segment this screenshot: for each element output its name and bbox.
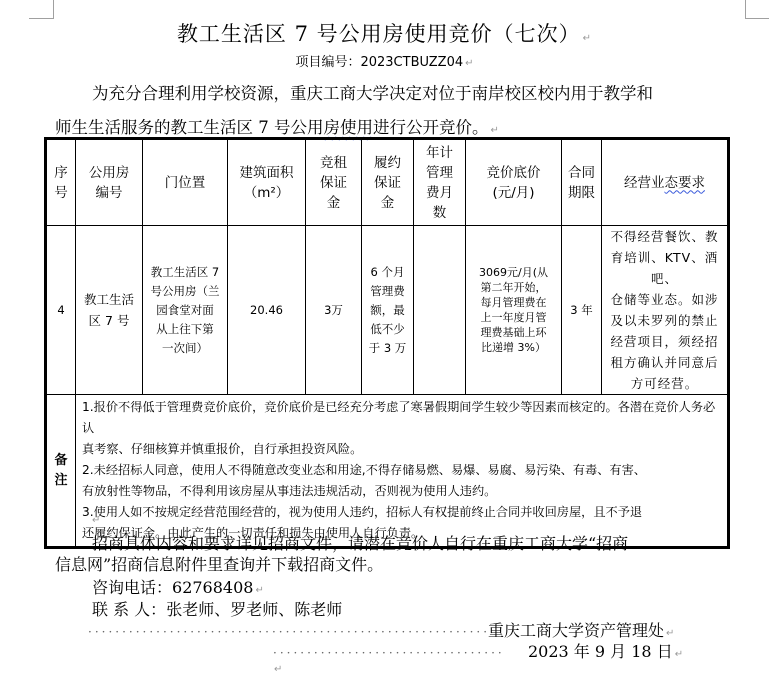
note-line: 1.报价不得低于管理费竞价底价，竞价底价是已经充分考虑了寒暑假期间学生较少等因素…	[82, 397, 721, 439]
page-corner-mark-left	[29, 0, 54, 19]
phone-label: 咨询电话：	[92, 578, 172, 597]
project-number: 项目编号：2023CTBUZZ04↵	[0, 51, 769, 70]
paragraph-mark-icon: ↵	[491, 125, 499, 136]
phone-line: 咨询电话：62768408↵	[92, 575, 264, 598]
cell-business-requirements: 不得经营餐饮、教育培训、KTV、酒吧、仓储等业态。如涉及以未罗列的禁止经营项目，…	[602, 226, 729, 395]
header-business-requirements: 经营业态要求	[602, 139, 729, 226]
signature-date-line: ··································2023 年…	[273, 639, 683, 662]
cell-management-months	[414, 226, 466, 395]
note-line: 3.使用人如不按规定经营范围经营的，视为使用人违约，招标人有权提前终止合同并收回…	[82, 502, 721, 523]
paragraph-mark-icon: ↵	[255, 585, 263, 596]
paragraph-mark-icon: ↵	[666, 628, 674, 639]
notes-body: 1.报价不得低于管理费竞价底价，竞价底价是已经充分考虑了寒暑假期间学生较少等因素…	[76, 395, 729, 548]
header-performance-deposit: 履约保证金	[362, 139, 414, 226]
cell-location: 教工生活区 7号公用房（兰园食堂对面从上往下第一次间）	[143, 226, 228, 395]
header-location: 门位置	[143, 139, 228, 226]
cell-reserve-price: 3069元/月(从第二年开始，每月管理费在上一年度月管理费基础上环比递增 3%）	[466, 226, 562, 395]
note-line: 2.未经招标人同意，使用人不得随意改变业态和用途,不得存储易燃、易爆、易腐、易污…	[82, 460, 721, 481]
cell-room-code: 教工生活区 7 号	[76, 226, 143, 395]
contact-label: 联 系 人：	[92, 600, 166, 619]
note-line: 真考察、仔细核算并慎重报价，自行承担投资风险。	[82, 439, 721, 460]
header-area: 建筑面积（m²）	[228, 139, 306, 226]
paragraph-mark-icon: ↵	[465, 58, 473, 69]
intro-text: 进行公开竞价。	[373, 118, 489, 137]
issuing-organization: 重庆工商大学资产管理处	[488, 621, 664, 640]
cell-performance-deposit: 6 个月管理费额，最低不少于 3 万	[362, 226, 414, 395]
info-paragraph-line2: 信息网”招商信息附件里查询并下载招商文件。	[55, 552, 383, 575]
notes-label: 备注	[46, 395, 76, 548]
cell-contract-term: 3 年	[562, 226, 602, 395]
header-contract-term: 合同期限	[562, 139, 602, 226]
table-header-row: 序号 公用房编号 门位置 建筑面积（m²） 竞租保证金 履约保证金 年计管理费月…	[46, 139, 729, 226]
header-bid-deposit: 竞租保证金	[306, 139, 362, 226]
header-seq: 序号	[46, 139, 76, 226]
cell-area: 20.46	[228, 226, 306, 395]
intro-paragraph-line1: 为充分合理利用学校资源，重庆工商大学决定对位于南岸校区校内用于教学和	[92, 80, 653, 104]
intro-text: 师生生活服务的教工生活区 7 号公用	[55, 118, 324, 137]
header-management-months: 年计管理费月数	[414, 139, 466, 226]
paragraph-mark-icon: ↵	[274, 664, 282, 675]
paragraph-mark-icon: ↵	[92, 515, 100, 526]
document-title: 教工生活区 7 号公用房使用竞价（七次）↵	[0, 18, 769, 48]
leader-dots: ··································	[273, 646, 528, 660]
contact-line: 联 系 人：张老师、罗老师、陈老师	[92, 597, 342, 620]
header-reserve-price: 竞价底价(元/月)	[466, 139, 562, 226]
bidding-table: 序号 公用房编号 门位置 建筑面积（m²） 竞租保证金 履约保证金 年计管理费月…	[44, 137, 730, 549]
signature-org-line: ········································…	[88, 618, 674, 641]
page-corner-mark-right	[745, 0, 769, 19]
title-text: 教工生活区 7 号公用房使用竞价（七次）	[177, 22, 581, 46]
cell-bid-deposit: 3万	[306, 226, 362, 395]
header-room-code: 公用房编号	[76, 139, 143, 226]
note-line: 有放射性等物品，不得利用该房屋从事违法违规活动，否则视为使用人违约。	[82, 481, 721, 502]
leader-dots: ········································…	[88, 625, 488, 639]
paragraph-mark-icon: ↵	[675, 649, 683, 660]
phone-number: 62768408	[172, 578, 253, 597]
contact-names: 张老师、罗老师、陈老师	[166, 600, 342, 619]
project-number-value: 2023CTBUZZ04	[360, 55, 463, 70]
intro-paragraph-line2: 师生生活服务的教工生活区 7 号公用房使用进行公开竞价。↵	[55, 114, 499, 138]
info-paragraph-line1: 招商具体内容和要求详见招商文件，请潜在竞价人自行在重庆工商大学“招商	[92, 531, 628, 554]
table-row: 4 教工生活区 7 号 教工生活区 7号公用房（兰园食堂对面从上往下第一次间） …	[46, 226, 729, 395]
spellcheck-underlined-text: 房使用	[324, 118, 374, 137]
notes-row: 备注 1.报价不得低于管理费竞价底价，竞价底价是已经充分考虑了寒暑假期间学生较少…	[46, 395, 729, 548]
cell-seq: 4	[46, 226, 76, 395]
issue-date: 2023 年 9 月 18 日	[528, 642, 673, 661]
paragraph-mark-icon: ↵	[583, 33, 592, 44]
project-number-label: 项目编号：	[295, 55, 360, 70]
